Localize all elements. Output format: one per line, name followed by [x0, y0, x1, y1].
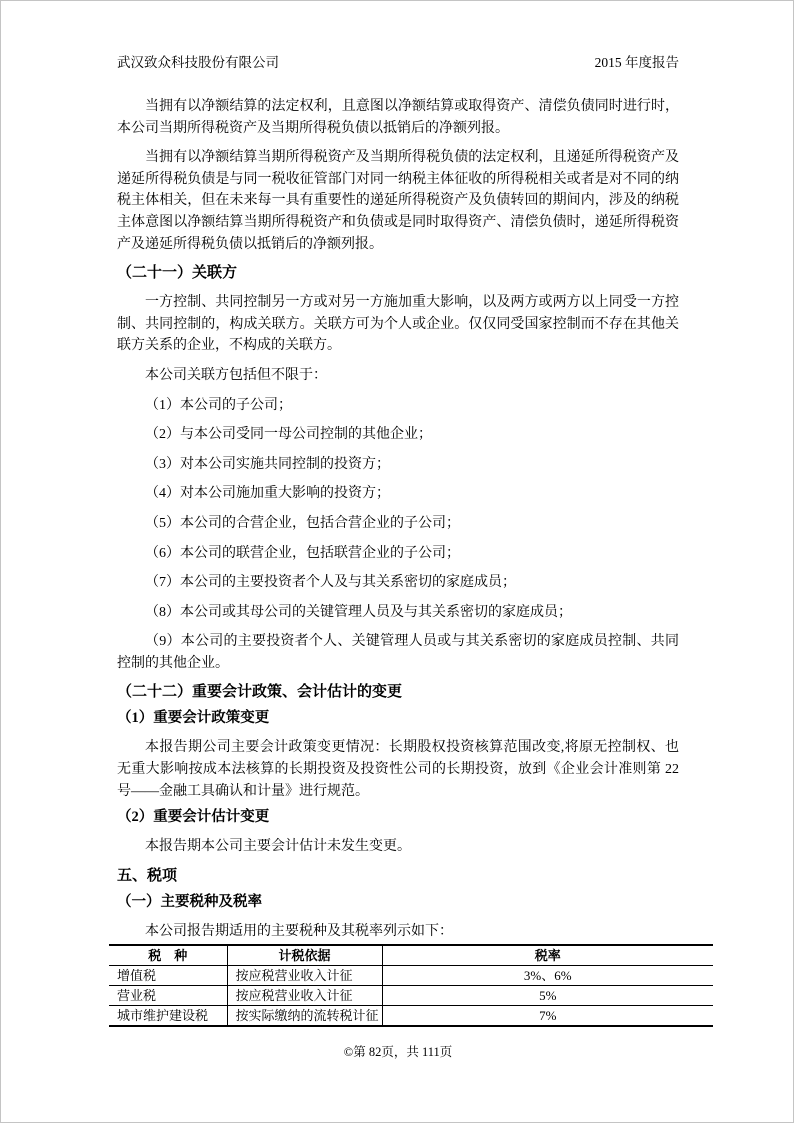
document-page: 武汉致众科技股份有限公司 2015 年度报告 当拥有以净额结算的法定权利，且意图… [0, 0, 794, 1123]
paragraph-deferred-tax-offset: 当拥有以净额结算当期所得税资产及当期所得税负债的法定权利，且递延所得税资产及递延… [117, 147, 679, 255]
page-header: 武汉致众科技股份有限公司 2015 年度报告 [117, 53, 679, 73]
paragraph-net-settlement: 当拥有以净额结算的法定权利，且意图以净额结算或取得资产、清偿负债同时进行时，本公… [117, 96, 679, 139]
paragraph-tax-table-lead: 本公司报告期适用的主要税种及其税率列示如下： [117, 921, 679, 943]
list-item-8: （8）本公司或其母公司的关键管理人员及与其关系密切的家庭成员； [117, 602, 679, 624]
section-heading-taxes: 五、税项 [117, 865, 679, 887]
table-row-vat: 增值税 按应税营业收入计征 3%、6% [109, 966, 713, 986]
cell-tax-type: 城市维护建设税 [109, 1006, 227, 1027]
list-item-3: （3）对本公司实施共同控制的投资方； [117, 454, 679, 476]
report-title: 2015 年度报告 [595, 53, 679, 73]
page-footer: ©第 82页，共 111页 [117, 1044, 679, 1060]
cell-tax-type: 营业税 [109, 986, 227, 1006]
cell-tax-type: 增值税 [109, 966, 227, 986]
tax-table-header-tax-type: 税 种 [109, 945, 227, 966]
paragraph-policy-change: 本报告期公司主要会计政策变更情况：长期股权投资核算范围改变,将原无控制权、也无重… [117, 737, 679, 802]
list-item-9: （9）本公司的主要投资者个人、关键管理人员或与其关系密切的家庭成员控制、共同控制… [117, 631, 679, 674]
cell-tax-basis: 按实际缴纳的流转税计征 [227, 1006, 382, 1027]
tax-table: 税 种 计税依据 税率 增值税 按应税营业收入计征 3%、6% 营业税 按应税营… [109, 944, 713, 1027]
subsection-heading-tax-rates: （一）主要税种及税率 [117, 892, 679, 913]
paragraph-estimate-change: 本报告期本公司主要会计估计未发生变更。 [117, 836, 679, 858]
tax-table-header-tax-basis: 计税依据 [227, 945, 382, 966]
subsection-heading-estimate-change: （2）重要会计估计变更 [117, 807, 679, 828]
company-name: 武汉致众科技股份有限公司 [117, 53, 279, 73]
list-item-7: （7）本公司的主要投资者个人及与其关系密切的家庭成员； [117, 572, 679, 594]
list-item-4: （4）对本公司施加重大影响的投资方； [117, 483, 679, 505]
cell-tax-rate: 7% [382, 1006, 713, 1027]
table-row-business-tax: 营业税 按应税营业收入计征 5% [109, 986, 713, 1006]
subsection-heading-policy-change: （1）重要会计政策变更 [117, 708, 679, 729]
list-item-2: （2）与本公司受同一母公司控制的其他企业； [117, 424, 679, 446]
cell-tax-rate: 3%、6% [382, 966, 713, 986]
cell-tax-rate: 5% [382, 986, 713, 1006]
list-item-5: （5）本公司的合营企业，包括合营企业的子公司； [117, 513, 679, 535]
section-heading-related-parties: （二十一）关联方 [117, 262, 679, 284]
cell-tax-basis: 按应税营业收入计征 [227, 986, 382, 1006]
tax-table-header-tax-rate: 税率 [382, 945, 713, 966]
list-item-1: （1）本公司的子公司； [117, 395, 679, 417]
section-heading-accounting-changes: （二十二）重要会计政策、会计估计的变更 [117, 681, 679, 703]
paragraph-related-party-lead: 本公司关联方包括但不限于： [117, 365, 679, 387]
cell-tax-basis: 按应税营业收入计征 [227, 966, 382, 986]
list-item-6: （6）本公司的联营企业，包括联营企业的子公司； [117, 543, 679, 565]
page-number: ©第 82页，共 111页 [344, 1045, 453, 1059]
tax-table-header-row: 税 种 计税依据 税率 [109, 945, 713, 966]
paragraph-related-party-definition: 一方控制、共同控制另一方或对另一方施加重大影响，以及两方或两方以上同受一方控制、… [117, 292, 679, 357]
table-row-urban-maintenance-tax: 城市维护建设税 按实际缴纳的流转税计征 7% [109, 1006, 713, 1027]
